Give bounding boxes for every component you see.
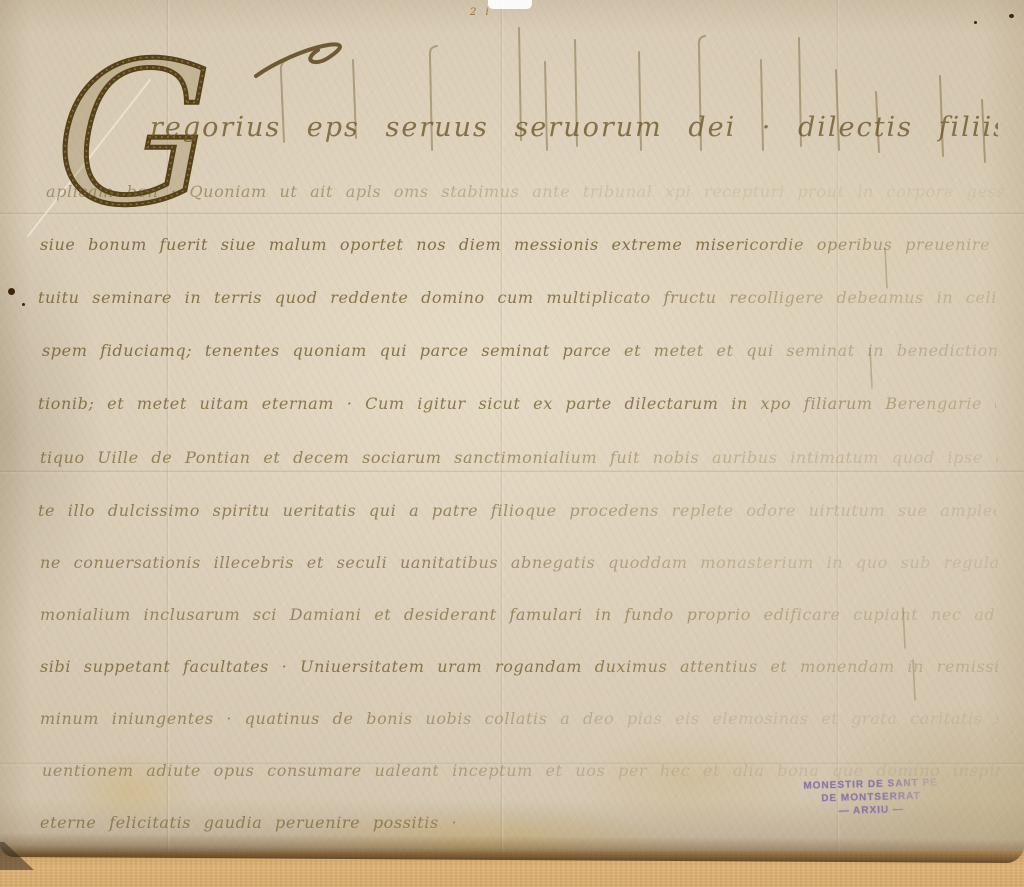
script-line-5: spem fiduciamq; tenentes quoniam qui par… bbox=[42, 341, 1000, 360]
initial-flourish bbox=[256, 44, 340, 76]
horizontal-crease bbox=[0, 470, 1024, 474]
manuscript-photo: 2 i G G regoriu bbox=[0, 0, 1024, 887]
archive-stamp: MONESTIR DE SANT PE DE MONTSERRAT — ARXI… bbox=[792, 776, 951, 819]
script-line-11: sibi suppetant facultates · Uniuersitate… bbox=[40, 657, 998, 676]
ink-speck bbox=[22, 303, 25, 306]
paper-patch bbox=[488, 0, 532, 9]
script-line-1: regorius eps seruus seruorum dei · dilec… bbox=[150, 112, 998, 143]
script-line-6: tionib; et metet uitam eternam · Cum igi… bbox=[38, 394, 996, 413]
script-line-7: tiquo Uille de Pontian et decem sociarum… bbox=[40, 448, 998, 467]
script-line-4: tuitu seminare in terris quod reddente d… bbox=[38, 288, 996, 307]
script-line-2: aplicam ben · Quoniam ut ait apls oms st… bbox=[46, 182, 1004, 201]
archival-mark: 2 i bbox=[470, 7, 492, 18]
script-line-10: monialium inclusarum sci Damiani et desi… bbox=[40, 605, 998, 624]
script-line-13: uentionem adiute opus consumare ualeant … bbox=[42, 761, 1000, 780]
ink-speck bbox=[1009, 14, 1014, 18]
ink-speck bbox=[8, 288, 15, 295]
script-line-3: siue bonum fuerit siue malum oportet nos… bbox=[40, 235, 998, 254]
ink-speck bbox=[974, 21, 977, 24]
script-line-9: ne conuersationis illecebris et seculi u… bbox=[40, 553, 998, 572]
script-line-12: minum iniungentes · quatinus de bonis uo… bbox=[40, 709, 998, 728]
script-line-8: te illo dulcissimo spiritu ueritatis qui… bbox=[38, 501, 996, 520]
